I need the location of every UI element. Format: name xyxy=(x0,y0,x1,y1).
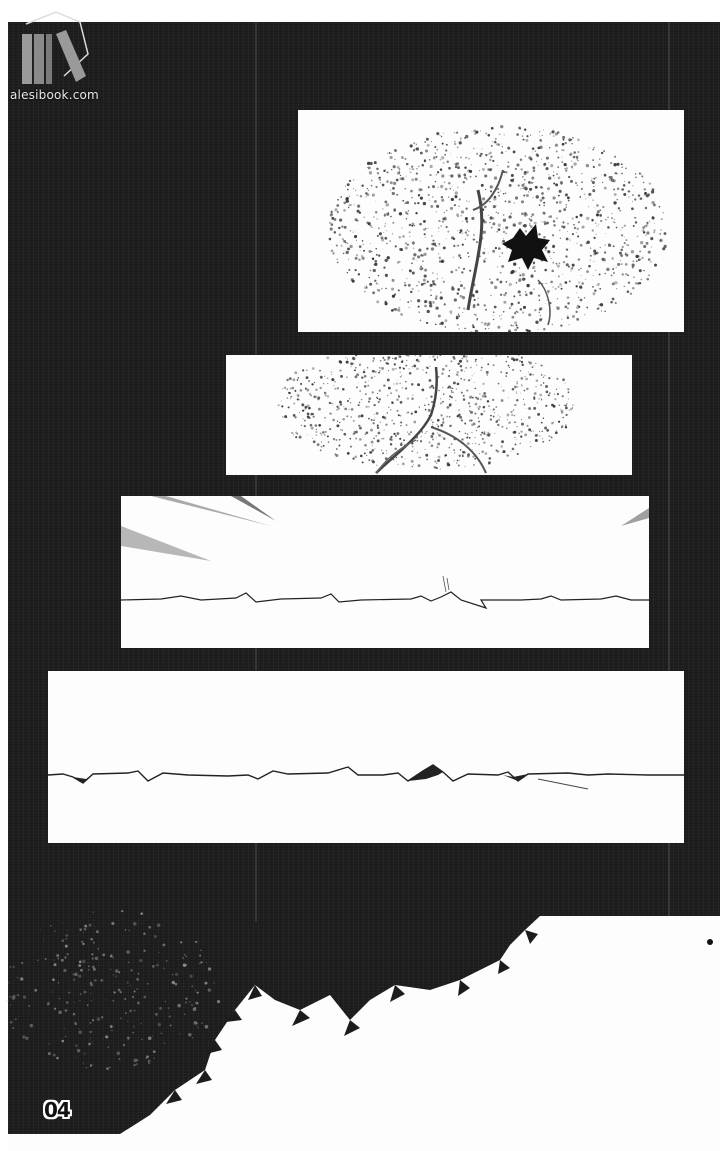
watermark-text: alesibook.com xyxy=(10,88,99,102)
page-number: 04 xyxy=(44,1098,70,1122)
horizon-wide-art xyxy=(48,671,684,843)
manga-panel-1 xyxy=(298,110,684,332)
horizon-rays-art xyxy=(121,496,649,648)
manga-panel-2 xyxy=(226,355,632,475)
watermark-logo: alesibook.com xyxy=(4,4,100,100)
manga-panel-3 xyxy=(121,496,649,648)
manga-panel-4 xyxy=(48,671,684,843)
tree-wide-art xyxy=(226,355,632,475)
tree-canopy-burst-art xyxy=(298,110,684,332)
book-logo-icon xyxy=(4,4,100,100)
